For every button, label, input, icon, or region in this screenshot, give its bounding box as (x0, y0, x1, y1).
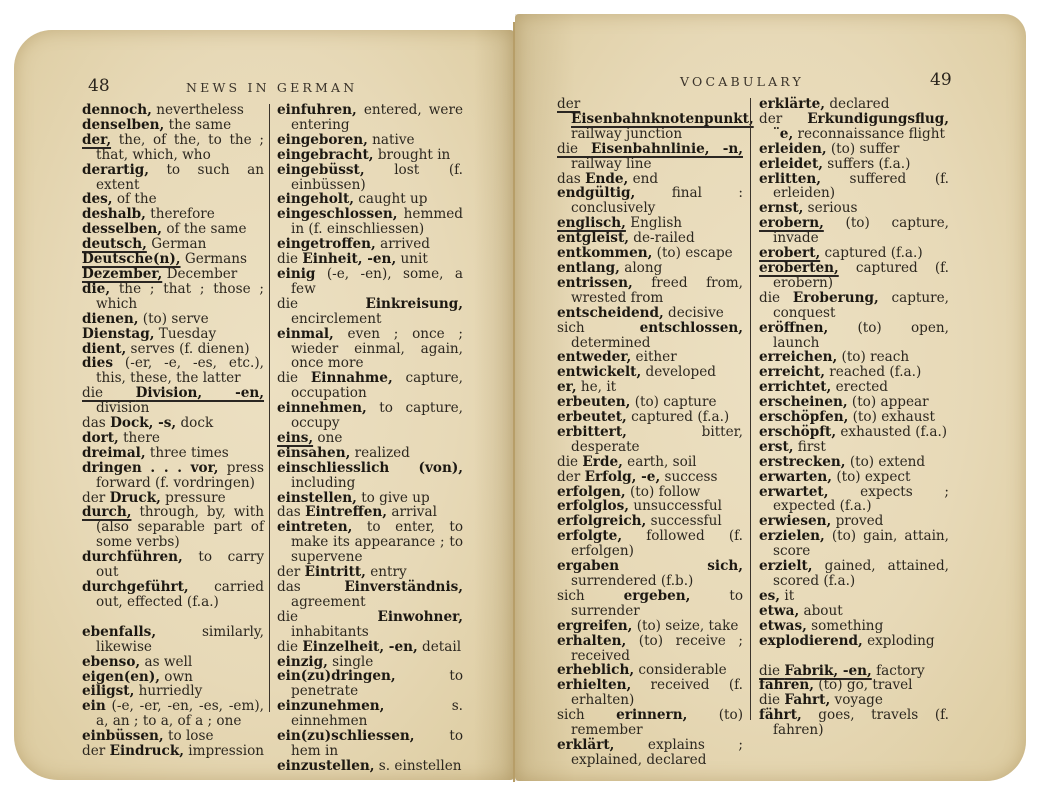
entry-headword: eingeholt, (277, 191, 354, 207)
vocab-entry: desselben, of the same (82, 222, 264, 237)
entry-definition: first (793, 439, 825, 455)
entry-definition: to give up (357, 490, 430, 506)
vocab-entry: die Einkreisung, encirclement (277, 297, 463, 327)
vocab-entry: der Eintritt, entry (277, 565, 463, 580)
vocab-entry: ebenso, as well (82, 655, 264, 670)
vocab-entry: endgültig, final : conclusively (557, 186, 743, 216)
entry-headword: deutsch, (82, 236, 147, 252)
entry-headword: Druck, (110, 490, 161, 506)
vocab-entry: dies (-er, -e, -es, etc.), this, these, … (82, 356, 264, 386)
entry-article: sich (557, 588, 624, 604)
vocab-entry: einschliesslich (von), including (277, 461, 463, 491)
entry-headword: etwas, (759, 618, 807, 634)
vocab-entry: eingeholt, caught up (277, 192, 463, 207)
entry-definition: successful (646, 513, 721, 529)
entry-headword: dort, (82, 430, 119, 446)
vocab-entry: erfolgreich, successful (557, 514, 743, 529)
entry-definition: own (160, 669, 193, 685)
entry-headword: englisch, (557, 215, 626, 231)
vocab-entry: erwiesen, proved (759, 514, 949, 529)
vocab-entry: der Erfolg, -e, success (557, 470, 743, 485)
vocab-entry: die, the ; that ; those ; which (82, 282, 264, 312)
entry-headword: erleiden, (759, 141, 827, 157)
vocab-entry: einzustellen, s. einstellen (277, 759, 463, 774)
entry-headword: erhalten, (557, 633, 626, 649)
vocab-entry: des, of the (82, 192, 264, 207)
entry-headword: Einwohner, (378, 609, 464, 625)
vocab-entry: erreichen, (to) reach (759, 350, 949, 365)
vocab-entry: Deutsche(n), Germans (82, 252, 264, 267)
entry-article: das (277, 504, 305, 520)
entry-headword: erobern, (759, 215, 824, 231)
entry-headword: Dienstag, (82, 326, 154, 342)
entry-definition: suffers (f.a.) (823, 156, 910, 172)
entry-headword: entscheidend, (557, 305, 664, 321)
vocab-entry: die Einnahme, capture, occupation (277, 371, 463, 401)
entry-headword: eigen(en), (82, 669, 160, 685)
entry-definition: hurriedly (134, 683, 202, 699)
entry-headword: erhielten, (557, 677, 631, 693)
entry-article: die (277, 296, 366, 312)
entry-headword: entlang, (557, 260, 620, 276)
entry-article: die (277, 251, 302, 267)
running-head-left: NEWS IN GERMAN (186, 80, 357, 95)
vocab-entry: erfolgte, followed (f. erfolgen) (557, 529, 743, 559)
entry-headword: erbeuten, (557, 394, 630, 410)
vocab-entry: eingebüsst, lost (f. einbüssen) (277, 163, 463, 193)
entry-headword: etwa, (759, 603, 799, 619)
vocab-entry: eintreten, to enter, to make its appeara… (277, 520, 463, 565)
vocab-entry: erreicht, reached (f.a.) (759, 365, 949, 380)
entry-headword: erwiesen, (759, 513, 831, 529)
entry-headword: erleidet, (759, 156, 823, 172)
entry-definition: (-e, -er, -en, -es, -em), a, an ; to a, … (96, 698, 264, 729)
entry-article: die (759, 290, 793, 306)
vocab-entry: entrissen, freed from, wrested from (557, 276, 743, 306)
vocab-entry: eingebracht, brought in (277, 148, 463, 163)
vocab-entry: erbeuten, (to) capture (557, 395, 743, 410)
running-head-right: VOCABULARY (680, 74, 804, 89)
entry-article: die (557, 141, 591, 157)
entry-headword: einzig, (277, 654, 328, 670)
entry-headword: erheblich, (557, 662, 634, 678)
entry-definition: nevertheless (152, 102, 244, 118)
entry-definition: determined (571, 335, 651, 351)
vocab-entry: dennoch, nevertheless (82, 103, 264, 118)
entry-headword: der, (82, 132, 111, 148)
entry-headword: Eisenbahnknotenpunkt, (571, 111, 754, 127)
vocab-entry: der Erkundigungsflug, ¨e, reconnaissance… (759, 112, 949, 142)
vocab-entry: einnehmen, to capture, occupy (277, 401, 463, 431)
entry-headword: eintreten, (277, 519, 352, 535)
entry-headword: einnehmen, (277, 400, 367, 416)
entry-article: die (277, 370, 311, 386)
right-page-column-1: der Eisenbahnknotenpunkt, railway juncti… (557, 97, 743, 768)
entry-headword: einbüssen, (82, 728, 164, 744)
vocab-entry: dreimal, three times (82, 446, 264, 461)
vocab-entry: erstrecken, (to) extend (759, 455, 949, 470)
entry-definition: English (626, 215, 682, 231)
vocab-entry: erobert, captured (f.a.) (759, 246, 949, 261)
entry-headword: ergeben, (624, 588, 691, 604)
left-page-column-1: dennoch, neverthelessdenselben, the same… (82, 103, 264, 759)
vocab-entry: das Eintreffen, arrival (277, 505, 463, 520)
entry-headword: durchführen, (82, 549, 183, 565)
entry-headword: Ende, (585, 171, 628, 187)
entry-definition: unit (396, 251, 428, 267)
entry-headword: eiligst, (82, 683, 134, 699)
vocab-entry: es, it (759, 589, 949, 604)
entry-headword: Erde, (582, 454, 622, 470)
vocab-entry: Dezember, December (82, 267, 264, 282)
vocab-entry: englisch, English (557, 216, 743, 231)
vocab-entry: explodierend, exploding (759, 634, 949, 649)
vocab-entry: einstellen, to give up (277, 491, 463, 506)
vocab-entry: einfuhren, entered, were entering (277, 103, 463, 133)
entry-headword: erlitten, (759, 171, 821, 187)
vocab-entry: der Eindruck, impression (82, 744, 264, 759)
entry-definition: the same (164, 117, 231, 133)
vocab-entry: entlang, along (557, 261, 743, 276)
entry-definition: Tuesday (154, 326, 216, 342)
entry-definition: pressure (161, 490, 226, 506)
entry-definition: railway junction (571, 126, 682, 142)
entry-definition: arrived (376, 236, 430, 252)
entry-definition: German (147, 236, 206, 252)
entry-headword: Eisenbahnlinie, -n, (591, 141, 743, 157)
entry-article: die (759, 663, 784, 679)
entry-headword: einsahen, (277, 445, 350, 461)
entry-definition: it (780, 588, 794, 604)
entry-headword: einmal, (277, 326, 334, 342)
entry-definition: captured (f.a.) (820, 245, 922, 261)
vocab-entry: einbüssen, to lose (82, 729, 264, 744)
entry-headword: ein(zu)dringen, (277, 668, 396, 684)
vocab-entry: eingeboren, native (277, 133, 463, 148)
entry-article: der (277, 564, 305, 580)
entry-definition: serious (803, 200, 857, 216)
entry-definition: either (631, 349, 676, 365)
vocab-entry: sich entschlossen, determined (557, 321, 743, 351)
entry-definition: voyage (830, 692, 883, 708)
entry-headword: erklärt, (557, 737, 614, 753)
vocab-entry: einsahen, realized (277, 446, 463, 461)
vocab-entry: durchführen, to carry out (82, 550, 264, 580)
vocab-entry: erlitten, suffered (f. erleiden) (759, 172, 949, 202)
entry-definition: single (328, 654, 374, 670)
entry-headword: erwartet, (759, 484, 828, 500)
entry-definition: (to) capture (630, 394, 716, 410)
vocab-entry: die Einzelheit, -en, detail (277, 640, 463, 655)
entry-definition: reached (f.a.) (825, 364, 921, 380)
entry-article: das (82, 415, 110, 431)
vocab-entry: die Fabrik, -en, factory (759, 664, 949, 679)
vocab-entry: erzielen, (to) gain, attain, score (759, 529, 949, 559)
vocab-entry: eingetroffen, arrived (277, 237, 463, 252)
entry-definition: December (162, 266, 237, 282)
entry-definition: entry (366, 564, 407, 580)
vocab-entry: der, the, of the, to the ; that, which, … (82, 133, 264, 163)
entry-headword: eingeboren, (277, 132, 368, 148)
entry-headword: eins, (277, 430, 313, 446)
entry-headword: dient, (82, 341, 126, 357)
entry-definition: end (628, 171, 658, 187)
entry-definition: serves (f. dienen) (126, 341, 249, 357)
entry-headword: Division, -en, (136, 385, 264, 401)
entry-headword: erinnern, (616, 707, 687, 723)
entry-definition: native (368, 132, 415, 148)
entry-headword: entschlossen, (640, 320, 743, 336)
entry-definition: therefore (146, 206, 215, 222)
entry-definition: impression (184, 743, 264, 759)
entry-headword: Einverständnis, (344, 579, 463, 595)
entry-headword: erwarten, (759, 469, 832, 485)
right-page-column-2: erklärte, declaredder Erkundigungsflug, … (759, 97, 949, 738)
entry-definition: three times (146, 445, 229, 461)
vocab-entry: etwas, something (759, 619, 949, 634)
entry-definition: success (660, 469, 717, 485)
entry-definition: captured (f.a.) (627, 409, 729, 425)
entry-definition: surrendered (f.b.) (571, 573, 693, 589)
entry-definition: Germans (181, 251, 247, 267)
vocab-entry: einzig, single (277, 655, 463, 670)
vocab-entry: die Einheit, -en, unit (277, 252, 463, 267)
entry-definition: agreement (291, 594, 366, 610)
vocab-entry: erleidet, suffers (f.a.) (759, 157, 949, 172)
vocab-entry: dort, there (82, 431, 264, 446)
vocab-entry: deutsch, German (82, 237, 264, 252)
entry-article: die (277, 639, 302, 655)
entry-headword: fährt, (759, 707, 802, 723)
vocab-entry: dient, serves (f. dienen) (82, 342, 264, 357)
entry-headword: entweder, (557, 349, 631, 365)
entry-headword: eingebracht, (277, 147, 374, 163)
entry-definition: something (807, 618, 883, 634)
entry-definition: factory (872, 663, 925, 679)
entry-headword: einig (277, 266, 315, 282)
entry-definition: division (96, 400, 149, 416)
entry-headword: dringen . . . vor, (82, 460, 219, 476)
entry-definition: developed (641, 364, 716, 380)
entry-definition: earth, soil (623, 454, 697, 470)
vocab-entry: erbittert, bitter, desperate (557, 425, 743, 455)
entry-headword: ein (82, 698, 106, 714)
entry-definition: arrival (387, 504, 437, 520)
entry-headword: er, (557, 379, 577, 395)
entry-definition: (to) seize, take (632, 618, 738, 634)
entry-definition: encirclement (291, 311, 381, 327)
entry-definition: railway line (571, 156, 652, 172)
entry-headword: ein(zu)schliessen, (277, 728, 415, 744)
entry-article: die (82, 385, 136, 401)
entry-definition: (to) suffer (827, 141, 900, 157)
entry-definition: reconnaissance flight (793, 126, 945, 142)
entry-headword: dienen, (82, 311, 138, 327)
vocab-entry: die Einwohner, inhabitants (277, 610, 463, 640)
entry-definition: as well (140, 654, 192, 670)
entry-headword: entgleist, (557, 230, 629, 246)
vocab-entry: eins, one (277, 431, 463, 446)
entry-headword: erreicht, (759, 364, 825, 380)
entry-definition: the ; that ; those ; which (96, 281, 264, 312)
vocab-entry: deshalb, therefore (82, 207, 264, 222)
vocab-entry: eröffnen, (to) open, launch (759, 321, 949, 351)
entry-definition: dock (176, 415, 213, 431)
vocab-entry: erhalten, (to) receive ; received (557, 634, 743, 664)
vocab-entry: entweder, either (557, 350, 743, 365)
entry-definition: (to) appear (848, 394, 929, 410)
entry-headword: des, (82, 191, 113, 207)
entry-definition: erected (831, 379, 888, 395)
vocab-entry: entwickelt, developed (557, 365, 743, 380)
entry-headword: eroberten, (759, 260, 839, 276)
entry-definition: (to) follow (626, 484, 701, 500)
page-number-left: 48 (88, 76, 110, 96)
vocab-entry: die Erde, earth, soil (557, 455, 743, 470)
entry-definition: along (620, 260, 662, 276)
entry-definition: (-e, -en), some, a few (291, 266, 463, 297)
entry-definition: of the (113, 191, 157, 207)
entry-headword: eröffnen, (759, 320, 828, 336)
vocab-entry: ein (-e, -er, -en, -es, -em), a, an ; to… (82, 699, 264, 729)
entry-headword: Eindruck, (110, 743, 184, 759)
entry-headword: Einkreisung, (366, 296, 463, 312)
entry-headword: eingebüsst, (277, 162, 365, 178)
vocab-entry: einig (-e, -en), some, a few (277, 267, 463, 297)
vocab-entry: erfolgen, (to) follow (557, 485, 743, 500)
entry-definition: considerable (634, 662, 727, 678)
entry-headword: Dock, -s, (110, 415, 176, 431)
entry-headword: erobert, (759, 245, 820, 261)
entry-headword: Eintritt, (305, 564, 366, 580)
vocab-entry: durchgeführt, carried out, effected (f.a… (82, 580, 264, 610)
vocab-entry: entscheidend, decisive (557, 306, 743, 321)
entry-article: die (277, 609, 378, 625)
entry-headword: eingetroffen, (277, 236, 376, 252)
entry-headword: durch, (82, 504, 131, 520)
entry-headword: erbeutet, (557, 409, 627, 425)
entry-headword: Einzelheit, -en, (302, 639, 417, 655)
vocab-entry: ebenfalls, similarly, likewise (82, 625, 264, 655)
vocab-entry: errichtet, erected (759, 380, 949, 395)
entry-definition: unsuccessful (629, 498, 722, 514)
vocab-entry: eigen(en), own (82, 670, 264, 685)
entry-headword: erstrecken, (759, 454, 846, 470)
vocab-entry: ernst, serious (759, 201, 949, 216)
entry-headword: explodierend, (759, 633, 863, 649)
entry-headword: erklärte, (759, 96, 825, 112)
vocab-entry: erheblich, considerable (557, 663, 743, 678)
entry-article: der (82, 743, 110, 759)
vocab-entry: die Eisenbahnlinie, -n, railway line (557, 142, 743, 172)
entry-headword: die, (82, 281, 110, 297)
entry-definition: brought in (374, 147, 451, 163)
entry-headword: entrissen, (557, 275, 633, 291)
vocab-entry: der Druck, pressure (82, 491, 264, 506)
entry-headword: Dezember, (82, 266, 162, 282)
vocab-entry: durch, through, by, with (also separable… (82, 505, 264, 550)
vocab-entry: erhielten, received (f. erhalten) (557, 678, 743, 708)
vocab-entry: sich ergeben, to surrender (557, 589, 743, 619)
vocab-entry: ergreifen, (to) seize, take (557, 619, 743, 634)
entry-headword: erscheinen, (759, 394, 848, 410)
vocab-entry: etwa, about (759, 604, 949, 619)
page-number-right: 49 (930, 70, 952, 90)
vocab-entry: der Eisenbahnknotenpunkt, railway juncti… (557, 97, 743, 142)
vocab-entry: dienen, (to) serve (82, 312, 264, 327)
entry-headword: ebenso, (82, 654, 140, 670)
vocab-entry: ein(zu)schliessen, to hem in (277, 729, 463, 759)
entry-headword: Eroberung, (793, 290, 879, 306)
entry-headword: errichtet, (759, 379, 831, 395)
entry-definition: exploding (863, 633, 935, 649)
vocab-entry: erschöpfen, (to) exhaust (759, 410, 949, 425)
entry-headword: ergreifen, (557, 618, 632, 634)
vocab-entry: erzielt, gained, attained, scored (f.a.) (759, 559, 949, 589)
entry-definition: (-er, -e, -es, etc.), this, these, the l… (96, 355, 264, 386)
entry-definition: (to) extend (846, 454, 926, 470)
entry-headword: einschliesslich (von), (277, 460, 463, 476)
vocab-entry: die Fahrt, voyage (759, 693, 949, 708)
entry-headword: dies (82, 355, 113, 371)
entry-definition: de-railed (629, 230, 695, 246)
vocab-entry: das Einverständnis, agreement (277, 580, 463, 610)
entry-article: der (557, 469, 585, 485)
vocab-entry: sich erinnern, (to) remember (557, 708, 743, 738)
entry-definition: the, of the, to the ; that, which, who (96, 132, 264, 163)
entry-definition: about (799, 603, 843, 619)
entry-headword: Erfolg, -e, (585, 469, 661, 485)
section-gap (82, 610, 264, 625)
entry-definition: (to) serve (138, 311, 208, 327)
entry-headword: erfolglos, (557, 498, 629, 514)
entry-headword: derartig, (82, 162, 149, 178)
column-rule-right (750, 98, 751, 720)
entry-headword: dennoch, (82, 102, 152, 118)
entry-definition: decisive (664, 305, 724, 321)
entry-headword: fahren, (759, 677, 814, 693)
entry-definition: (to) go, travel (814, 677, 913, 693)
vocab-entry: erwarten, (to) expect (759, 470, 949, 485)
vocab-entry: fährt, goes, travels (f. fahren) (759, 708, 949, 738)
entry-headword: entkommen, (557, 245, 652, 261)
entry-definition: there (119, 430, 160, 446)
vocab-entry: erleiden, (to) suffer (759, 142, 949, 157)
entry-definition: proved (831, 513, 883, 529)
entry-definition: to lose (164, 728, 214, 744)
section-gap (759, 649, 949, 664)
entry-definition: (to) reach (837, 349, 909, 365)
vocab-entry: eingeschlossen, hemmed in (f. einschlies… (277, 207, 463, 237)
entry-headword: desselben, (82, 221, 162, 237)
entry-article: sich (557, 707, 616, 723)
vocab-entry: ergaben sich, surrendered (f.b.) (557, 559, 743, 589)
open-book: 48 NEWS IN GERMAN VOCABULARY 49 dennoch,… (0, 0, 1040, 798)
entry-headword: ernst, (759, 200, 803, 216)
entry-article: der (557, 96, 580, 112)
entry-headword: durchgeführt, (82, 579, 189, 595)
vocab-entry: erst, first (759, 440, 949, 455)
entry-headword: erfolgen, (557, 484, 626, 500)
entry-headword: eingeschlossen, (277, 206, 397, 222)
entry-definition: declared (825, 96, 889, 112)
entry-headword: einstellen, (277, 490, 357, 506)
book-spine (513, 22, 515, 782)
vocab-entry: eiligst, hurriedly (82, 684, 264, 699)
entry-headword: einzunehmen, (277, 698, 384, 714)
vocab-entry: er, he, it (557, 380, 743, 395)
vocab-entry: erwartet, expects ; expected (f.a.) (759, 485, 949, 515)
